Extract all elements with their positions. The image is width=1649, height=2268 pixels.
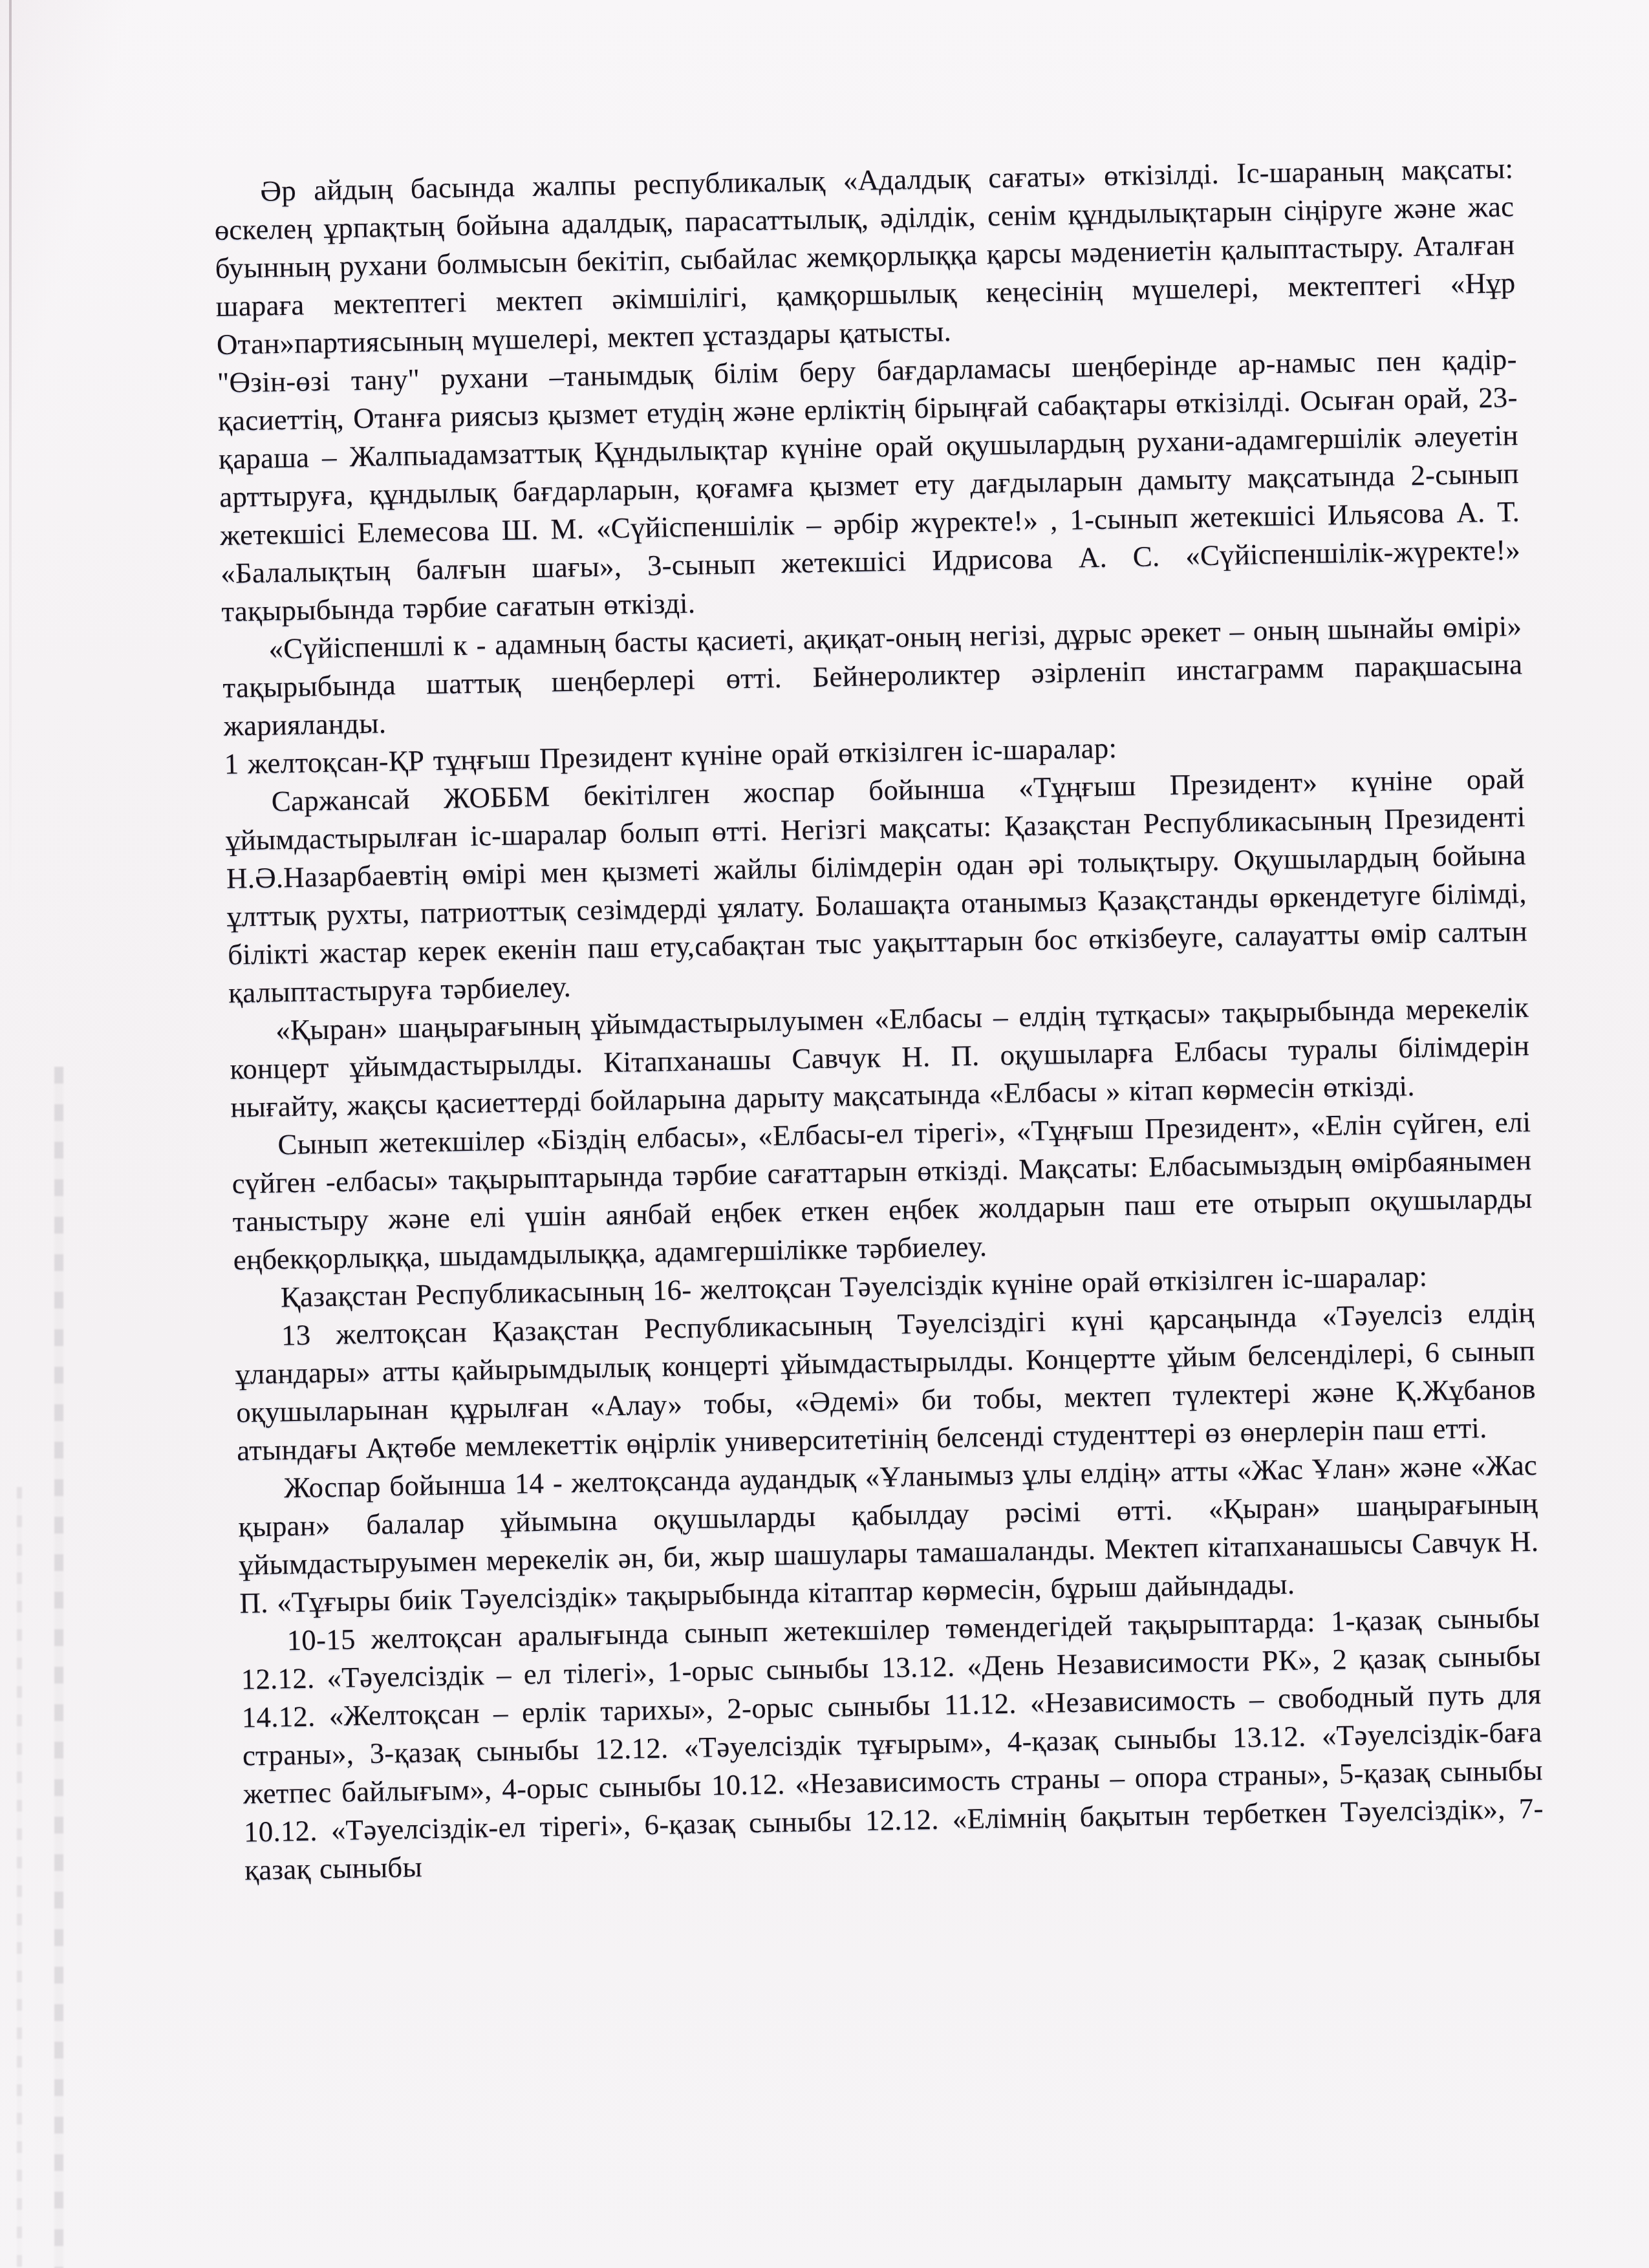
paragraph-13-zheltoksan-concert: 13 желтоқсан Қазақстан Республикасының Т… [234, 1294, 1536, 1470]
paragraph-ozin-ozi-tanu: "Өзін-өзі тану" рухани –танымдық білім б… [217, 340, 1521, 631]
scan-edge-streak [9, 0, 12, 905]
scan-streak [54, 1067, 63, 2268]
document-text: Әр айдың басында жалпы республикалық «Ад… [213, 149, 1544, 1889]
scan-streak [17, 1487, 22, 2268]
paragraph-synyp-zhetekshiler: Сынып жетекшілер «Біздің елбасы», «Елбас… [231, 1103, 1533, 1279]
paragraph-adaldyk-sagaty: Әр айдың басында жалпы республикалық «Ад… [213, 149, 1516, 364]
paragraph-10-15-zheltoksan-themes: 10-15 желтоқсан аралығында сынып жетекші… [240, 1599, 1544, 1890]
paragraph-sarzhansay-zhobbm: Саржансай ЖОББМ бекітілген жоспар бойынш… [224, 760, 1528, 1012]
paragraph-14-zheltoksan-zhas-ulan: Жоспар бойынша 14 - желтоқсанда аудандық… [237, 1446, 1540, 1623]
scanned-document-page: Әр айдың басында жалпы республикалық «Ад… [0, 0, 1649, 2268]
